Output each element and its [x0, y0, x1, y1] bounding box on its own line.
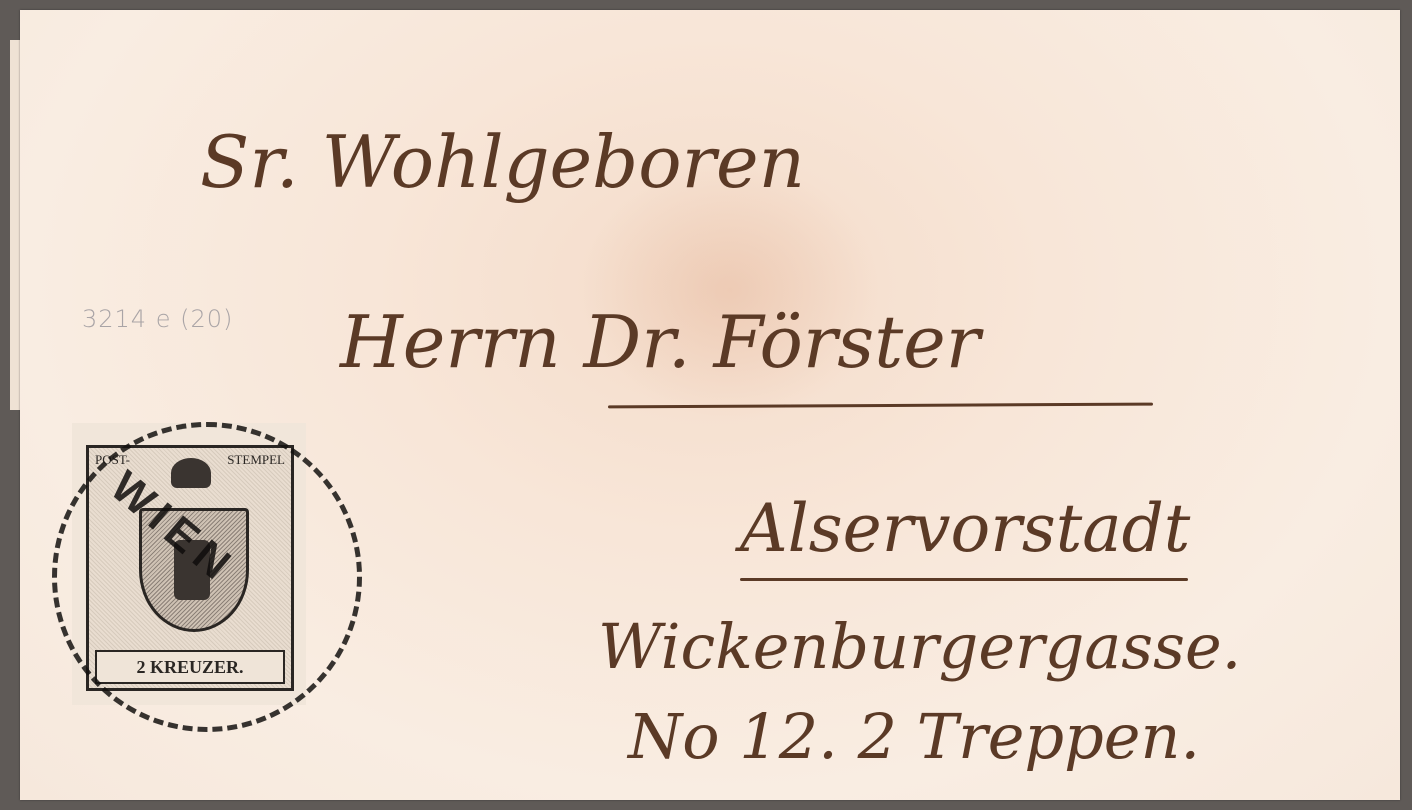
address-line-district: Alservorstadt [740, 490, 1190, 567]
address-line-street: Wickenburgergasse. [598, 610, 1241, 683]
address-line-recipient: Herrn Dr. Förster [340, 300, 980, 384]
address-line-number: No 12. 2 Treppen. [628, 700, 1200, 773]
address-line-salutation: Sr. Wohlgeboren [200, 120, 805, 204]
district-underline [740, 578, 1188, 581]
pencil-catalog-note: 3214 e (20) [82, 305, 233, 333]
